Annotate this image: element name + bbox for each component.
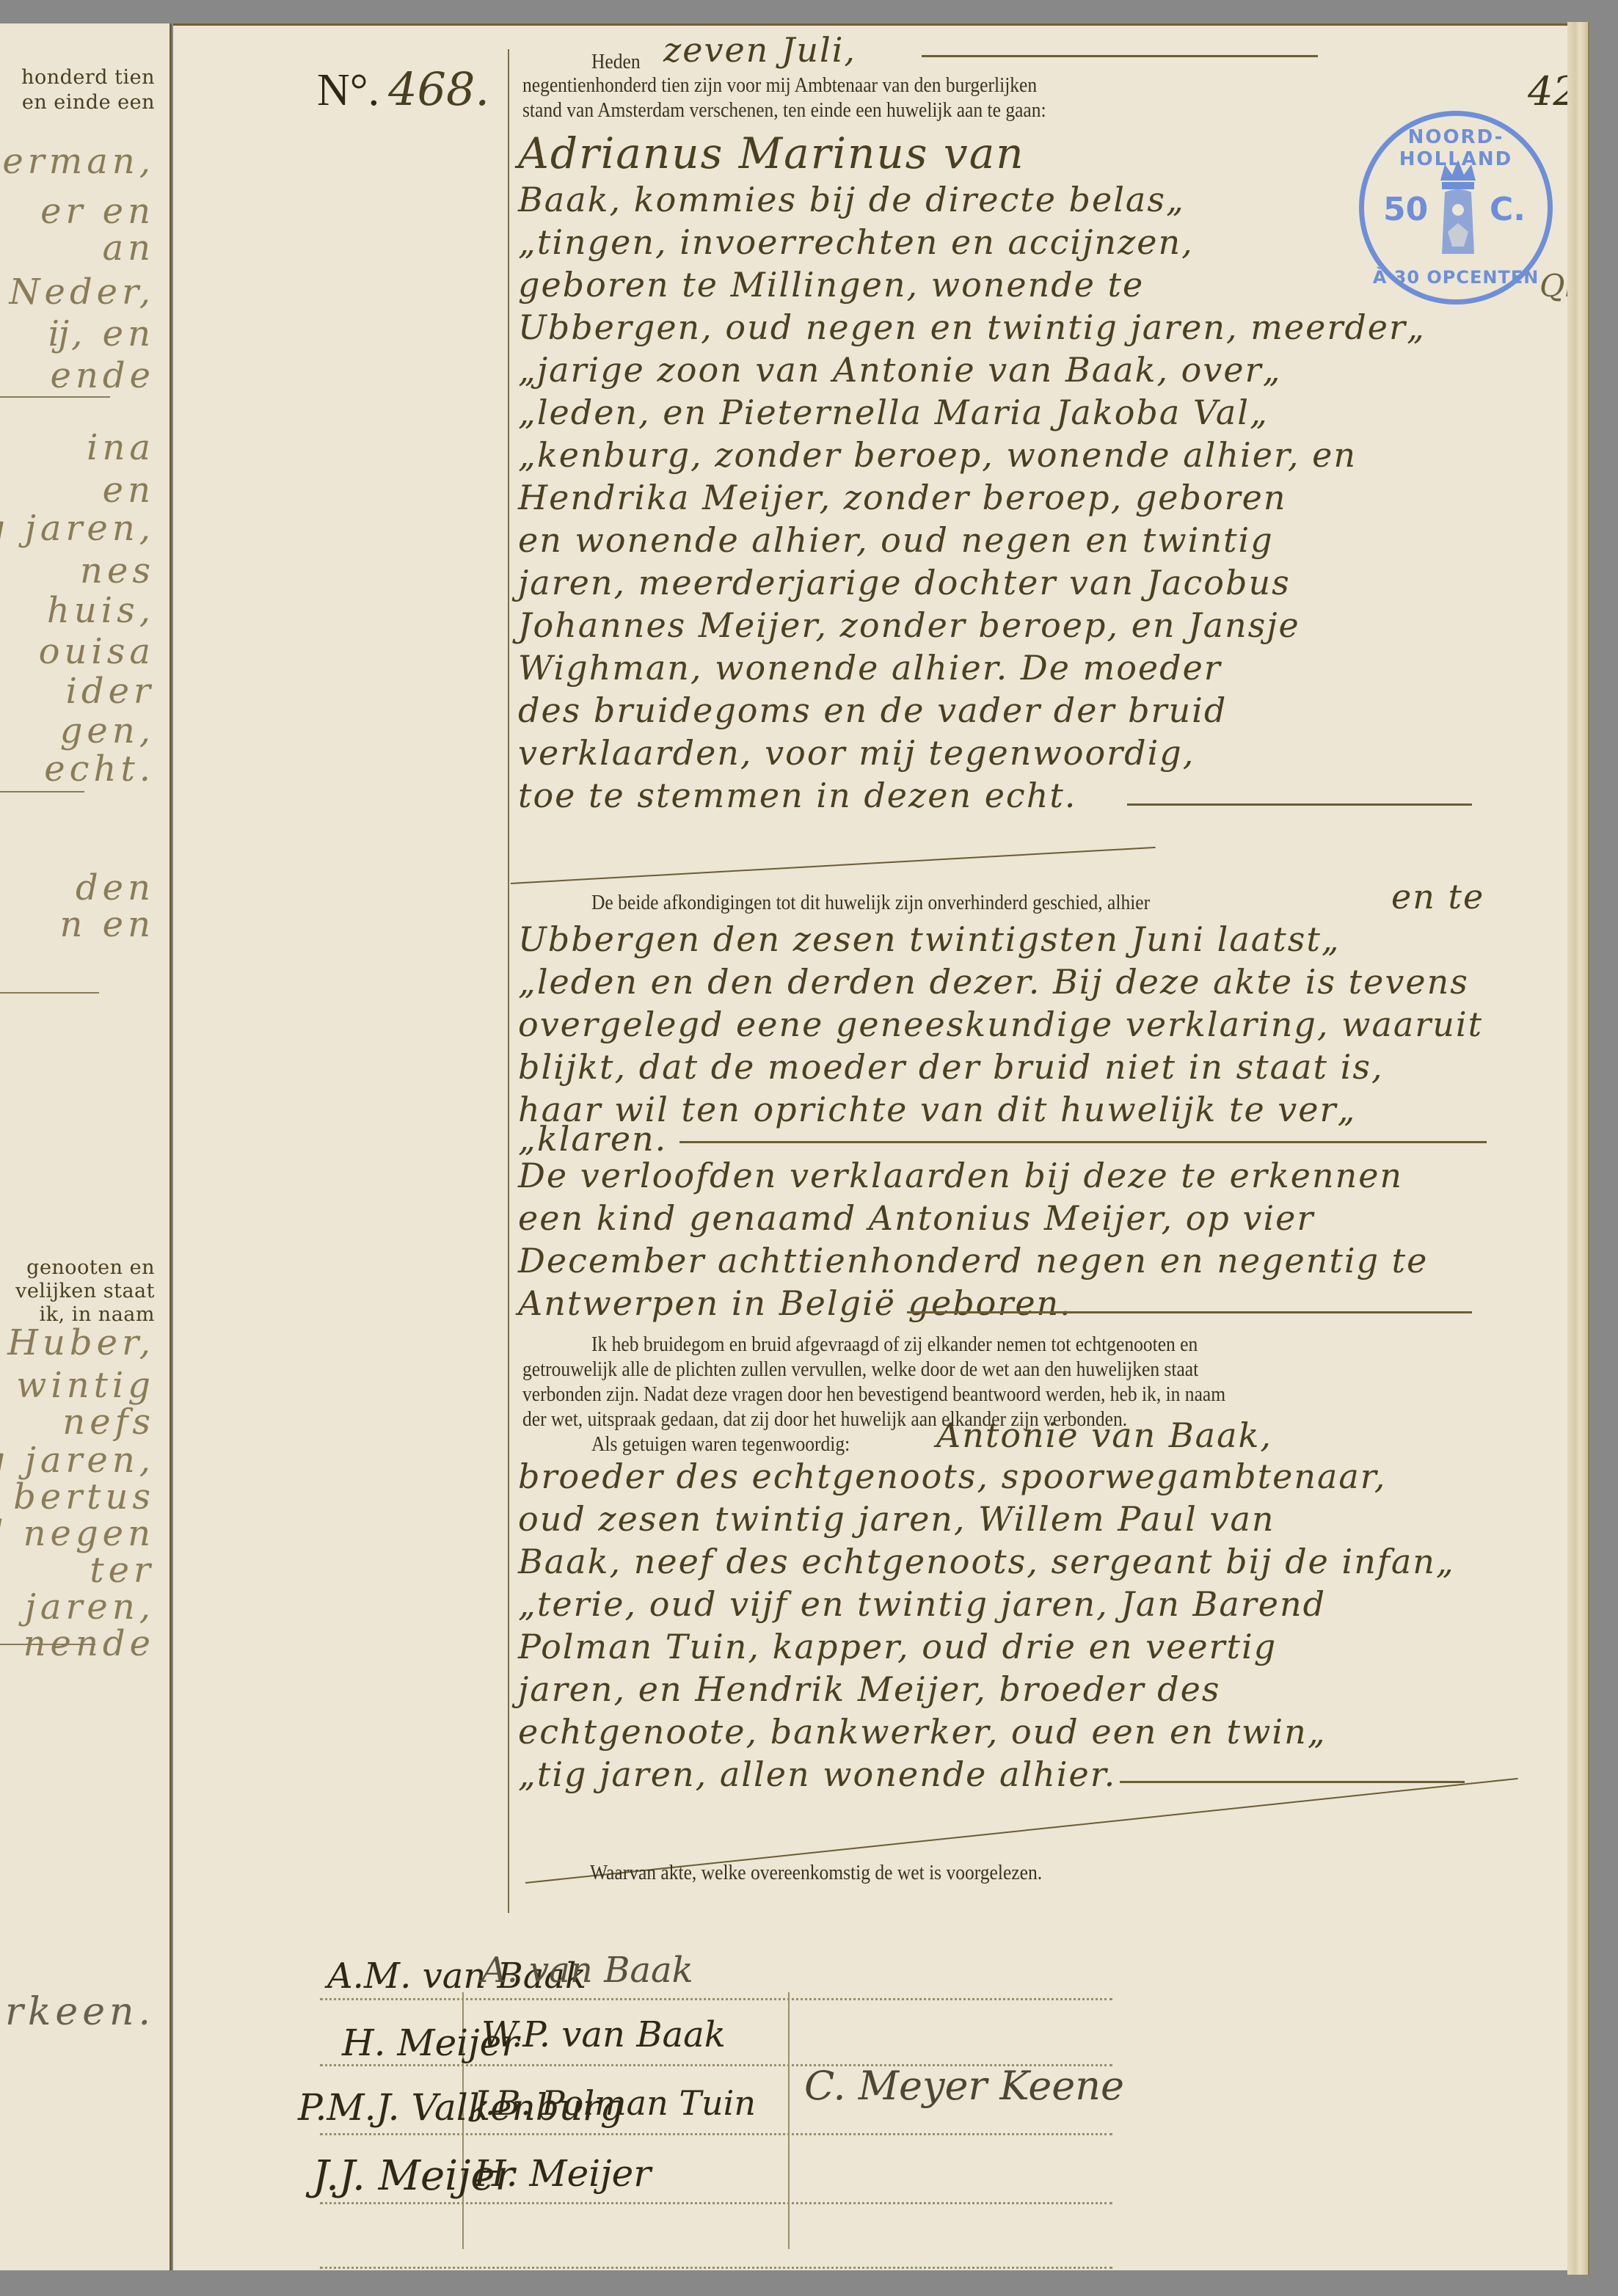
left-page-hand-line: erman, [2,141,155,182]
parties-line: Ubbergen, oud negen en twintig jaren, me… [518,307,1426,347]
intro-line-2: negentienhonderd tien zijn voor mij Ambt… [522,73,1037,98]
left-page-hand-line: ĳ, en [48,313,155,354]
left-page-hand-line: ter [90,1550,155,1591]
left-page-hand-line: an [102,227,155,269]
left-page-hand-line: er en [40,191,155,232]
left-page-printed-line: en einde een [22,91,155,114]
act-number-value: 468. [388,62,489,116]
signature-witness-4: H. Meijer [474,2152,651,2195]
parties-line: „tingen, invoerrechten en accijnzen, [518,222,1194,262]
left-page-hand-line: den [76,867,155,908]
vows-line: Ik heb bruidegom en bruid afgevraagd of … [591,1332,1198,1357]
vows-line: getrouwelijk alle de plichten zullen ver… [522,1357,1198,1382]
recognition-line: December achttienhonderd negen en negent… [518,1241,1428,1280]
left-page-hand-line: en [103,470,155,511]
bride-name-line: Hendrika Meijer, zonder beroep, geboren [518,478,1286,517]
left-page-hand-line: n en [60,904,156,945]
left-page-rule [0,791,84,792]
register-page: N°.468. 42 Ql. NOORD-HOLLAND 50 C. À 30 … [173,23,1567,2270]
cancel-stroke [511,847,1156,884]
date-fill-rule [922,55,1318,57]
stamp-unit: C. [1490,191,1526,228]
parties-line: „leden, en Pieternella Maria Jakoba Val„ [518,393,1269,432]
parties-line: geboren te Millingen, wonende te [518,265,1144,305]
left-page-hand-line: gen, [60,710,155,751]
page-edge-stack [1567,22,1589,2275]
left-page-hand-line: Neder, [10,271,155,313]
intro-heden: Heden [591,49,641,74]
revenue-stamp: NOORD-HOLLAND 50 C. À 30 OPCENTEN [1359,111,1553,305]
witness-line: oud zesen twintig jaren, Willem Paul van [518,1499,1275,1539]
left-page-printed-line: genooten en [26,1256,155,1279]
proclamations-printed: De beide afkondigingen tot dit huwelijk … [591,890,1150,915]
signature-dotted-line [320,1998,1112,2000]
left-page-hand-line: ende [51,355,155,396]
intro-line-3: stand van Amsterdam verschenen, ten eind… [522,98,1046,123]
witness-line: „tig jaren, allen wonende alhier. [518,1754,1116,1794]
left-page-hand-line: ider [66,671,155,712]
signature-dotted-line [320,2133,1112,2135]
witness-line: Baak, neef des echtgenoots, sergeant bij… [518,1542,1455,1581]
left-page-printed-line: honderd tien [21,66,155,89]
signature-witness-3: J.B. Polman Tuin [474,2083,756,2123]
signature-dotted-line [320,2267,1112,2269]
left-page-hand-line: ina [87,427,155,468]
stamp-value: 50 [1383,191,1428,228]
groom-name: Adrianus Marinus van [518,128,1025,178]
parties-line: Johannes Meijer, zonder beroep, en Jansj… [518,605,1300,645]
fill-rule [1120,1781,1465,1783]
witness-line: „terie, oud vijf en twintig jaren, Jan B… [518,1584,1326,1624]
left-page-hand-line: nefs [62,1402,155,1443]
signature-grid: A.M. van Baak H. Meijer P.M.J. Valkenbur… [4,1904,1237,2234]
parties-line: Baak, kommies bij de directe belas„ [518,180,1185,219]
recognition-line: een kind genaamd Antonius Meijer, op vie… [518,1198,1314,1238]
left-page-hand-line: wintig [16,1365,155,1406]
left-page-hand-line: g jaren, [0,1440,155,1481]
parties-line: toe te stemmen in dezen echt. [518,776,1076,815]
parties-line: verklaarden, voor mij tegenwoordig, [518,733,1195,773]
fill-rule [679,1141,1487,1143]
witness-line: echtgenoote, bankwerker, oud een en twin… [518,1712,1327,1752]
signature-witness-2: W.P. van Baak [481,2014,726,2055]
proclamations-line: „leden en den derden dezer. Bij deze akt… [518,962,1469,1002]
proclamations-line: Ubbergen den zesen twintigsten Juni laat… [518,919,1341,959]
parties-line: en wonende alhier, oud negen en twintig [518,520,1274,560]
left-page-hand-line: Huber, [7,1322,155,1363]
proclamations-line: „klaren. [518,1119,667,1159]
margin-rule [508,49,509,1913]
left-page-hand-line: g jaren, [0,508,155,549]
left-page-hand-line: huis, [47,590,155,631]
parties-line: des bruidegoms en de vader der bruid [518,690,1227,730]
act-number: N°.468. [317,62,489,117]
left-page-hand-line: nes [80,550,155,591]
closing-statement: Waarvan akte, welke overeenkomstig de we… [590,1860,1042,1885]
parties-line: Wighman, wonende alhier. De moeder [518,648,1222,688]
left-page-hand-line: bertus [13,1476,155,1517]
parties-line: jaren, meerderjarige dochter van Jacobus [518,563,1291,602]
left-page-hand-line: jaren, [25,1586,155,1628]
left-page-printed-line: velijken staat [15,1280,155,1302]
witness-line: broeder des echtgenoots, spoorwegambtena… [518,1457,1386,1496]
left-page-rule [0,992,99,994]
proclamations-line: overgelegd eene geneeskundige verklaring… [518,1005,1483,1044]
left-page-hand-line: ouisa [39,631,155,672]
fill-rule [907,1311,1472,1313]
witness-line: Polman Tuin, kapper, oud drie en veertig [518,1627,1277,1666]
parties-line: „kenburg, zonder beroep, wonende alhier,… [518,435,1357,475]
act-number-prefix: N°. [317,65,379,115]
parties-line: „jarige zoon van Antonie van Baak, over„ [518,350,1281,390]
left-page-rule [0,396,110,398]
signature-column-rule [788,1992,790,2249]
proclamations-line: blijkt, dat de moeder der bruid niet in … [518,1047,1384,1087]
left-page-rule [0,1644,95,1645]
proclamations-continuation: en te [1391,877,1484,916]
crown-lion-icon [1435,158,1482,261]
recognition-line: Antwerpen in België geboren. [518,1283,1072,1323]
signature-registrar: C. Meyer Keene [804,2063,1124,2109]
stamp-surcharge-text: À 30 OPCENTEN [1364,267,1548,288]
signature-witness-1: A. van Baak [481,1950,693,1991]
marriage-date: zeven Juli, [663,30,856,70]
vows-line: verbonden zijn. Nadat deze vragen door h… [522,1382,1225,1407]
witnesses-printed: Als getuigen waren tegenwoordig: [591,1432,850,1457]
left-page-hand-line: echt. [44,748,155,790]
left-page-hand-line: d negen [0,1513,155,1554]
witness-first: Antonie van Baak, [936,1415,1272,1455]
recognition-line: De verloofden verklaarden bij deze te er… [518,1156,1403,1195]
witness-line: jaren, en Hendrik Meijer, broeder des [518,1669,1220,1709]
signature-dotted-line [320,2202,1112,2204]
fill-rule [1127,803,1472,806]
